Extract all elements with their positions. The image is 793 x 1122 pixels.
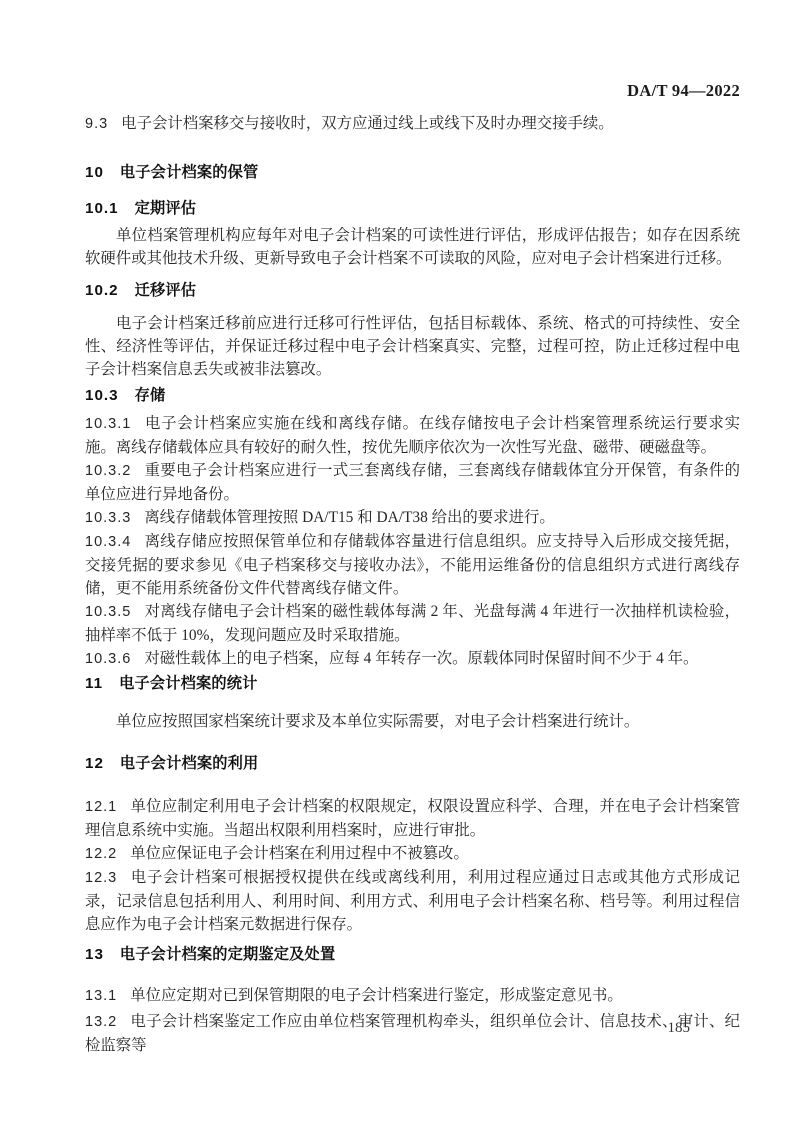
clause-number: 9.3 [85, 116, 108, 132]
clause-number: 10.3.6 [85, 651, 131, 667]
clause-group-12: 12.1单位应制定利用电子会计档案的权限规定，权限设置应科学、合理，并在电子会计… [85, 795, 740, 936]
page-number: 185 [668, 1020, 691, 1036]
clause-text: 离线存储载体管理按照 DA/T15 和 DA/T38 给出的要求进行。 [144, 509, 554, 526]
section-title: 电子会计档案的保管 [120, 164, 259, 181]
clause-number: 10.3.1 [85, 416, 131, 432]
clause-text: 电子会计档案应实施在线和离线存储。在线存储按电子会计档案管理系统运行要求实施。离… [85, 415, 740, 456]
section-12-heading: 12电子会计档案的利用 [85, 753, 740, 775]
clause-number: 13.2 [85, 1014, 117, 1030]
clause-number: 12.2 [85, 846, 117, 862]
paragraph-10-1: 单位档案管理机构应每年对电子会计档案的可读性进行评估，形成评估报告；如存在因系统… [85, 224, 740, 270]
section-13-heading: 13电子会计档案的定期鉴定及处置 [85, 944, 740, 966]
section-number: 12 [85, 755, 104, 772]
clause-10-3-1: 10.3.1电子会计档案应实施在线和离线存储。在线存储按电子会计档案管理系统运行… [85, 412, 740, 459]
clause-text: 电子会计档案可根据授权提供在线或离线利用，利用过程应通过日志或其他方式形成记录，… [85, 869, 740, 933]
section-title: 电子会计档案的统计 [119, 675, 258, 692]
document-page: DA/T 94—2022 9.3电子会计档案移交与接收时，双方应通过线上或线下及… [0, 0, 793, 1122]
clause-text: 电子会计档案移交与接收时，双方应通过线上或线下及时办理交接手续。 [121, 115, 614, 132]
standard-code-header: DA/T 94—2022 [85, 0, 740, 100]
clause-12-3: 12.3电子会计档案可根据授权提供在线或离线利用，利用过程应通过日志或其他方式形… [85, 866, 740, 936]
clause-text: 单位应定期对已到保管期限的电子会计档案进行鉴定，形成鉴定意见书。 [130, 987, 623, 1004]
section-10-1-heading: 10.1定期评估 [85, 198, 740, 220]
section-10-3-heading: 10.3存储 [85, 385, 740, 407]
clause-number: 10.3.4 [85, 534, 131, 550]
clause-number: 12.3 [85, 870, 117, 886]
section-number: 10.3 [85, 387, 119, 404]
clause-text: 单位应保证电子会计档案在利用过程中不被篡改。 [130, 845, 469, 862]
standard-code: DA/T 94—2022 [627, 81, 740, 100]
clause-text: 重要电子会计档案应进行一式三套离线存储，三套离线存储载体宜分开保管，有条件的单位… [85, 462, 740, 503]
clause-9-3: 9.3电子会计档案移交与接收时，双方应通过线上或线下及时办理交接手续。 [85, 112, 740, 136]
section-11-heading: 11电子会计档案的统计 [85, 673, 740, 695]
clause-number: 10.3.2 [85, 463, 131, 479]
clause-12-1: 12.1单位应制定利用电子会计档案的权限规定，权限设置应科学、合理，并在电子会计… [85, 795, 740, 842]
clause-number: 13.1 [85, 988, 117, 1004]
clause-13-1: 13.1单位应定期对已到保管期限的电子会计档案进行鉴定，形成鉴定意见书。 [85, 984, 740, 1008]
clause-10-3-6: 10.3.6对磁性载体上的电子档案，应每 4 年转存一次。原载体同时保留时间不少… [85, 647, 740, 671]
section-number: 10.2 [85, 282, 119, 299]
clause-number: 12.1 [85, 799, 117, 815]
section-title: 存储 [135, 387, 166, 404]
section-title: 定期评估 [135, 200, 197, 217]
section-title: 迁移评估 [135, 282, 197, 299]
clause-10-3-2: 10.3.2重要电子会计档案应进行一式三套离线存储，三套离线存储载体宜分开保管，… [85, 459, 740, 506]
section-title: 电子会计档案的利用 [120, 755, 259, 772]
section-title: 电子会计档案的定期鉴定及处置 [120, 946, 335, 963]
clause-number: 10.3.5 [85, 604, 131, 620]
section-number: 11 [85, 675, 103, 692]
section-number: 10 [85, 164, 104, 181]
paragraph-11: 单位应按照国家档案统计要求及本单位实际需要，对电子会计档案进行统计。 [85, 710, 740, 733]
clause-group-10-3: 10.3.1电子会计档案应实施在线和离线存储。在线存储按电子会计档案管理系统运行… [85, 412, 740, 671]
clause-text: 对磁性载体上的电子档案，应每 4 年转存一次。原载体同时保留时间不少于 4 年。 [144, 650, 698, 667]
clause-10-3-3: 10.3.3离线存储载体管理按照 DA/T15 和 DA/T38 给出的要求进行… [85, 506, 740, 530]
clause-10-3-5: 10.3.5对离线存储电子会计档案的磁性载体每满 2 年、光盘每满 4 年进行一… [85, 600, 740, 647]
section-10-heading: 10电子会计档案的保管 [85, 162, 740, 184]
clause-13-2: 13.2电子会计档案鉴定工作应由单位档案管理机构牵头，组织单位会计、信息技术、审… [85, 1010, 740, 1057]
paragraph-10-2: 电子会计档案迁移前应进行迁移可行性评估，包括目标载体、系统、格式的可持续性、安全… [85, 312, 740, 381]
section-10-2-heading: 10.2迁移评估 [85, 280, 740, 302]
section-number: 10.1 [85, 200, 119, 217]
clause-number: 10.3.3 [85, 510, 131, 526]
clause-text: 单位应制定利用电子会计档案的权限规定，权限设置应科学、合理，并在电子会计档案管理… [85, 798, 740, 839]
section-number: 13 [85, 946, 104, 963]
clause-10-3-4: 10.3.4离线存储应按照保管单位和存储载体容量进行信息组织。应支持导入后形成交… [85, 530, 740, 600]
clause-text: 对离线存储电子会计档案的磁性载体每满 2 年、光盘每满 4 年进行一次抽样机读检… [85, 603, 740, 644]
clause-text: 电子会计档案鉴定工作应由单位档案管理机构牵头，组织单位会计、信息技术、审计、纪检… [85, 1013, 740, 1054]
clause-12-2: 12.2单位应保证电子会计档案在利用过程中不被篡改。 [85, 842, 740, 866]
clause-text: 离线存储应按照保管单位和存储载体容量进行信息组织。应支持导入后形成交接凭据，交接… [85, 533, 740, 597]
